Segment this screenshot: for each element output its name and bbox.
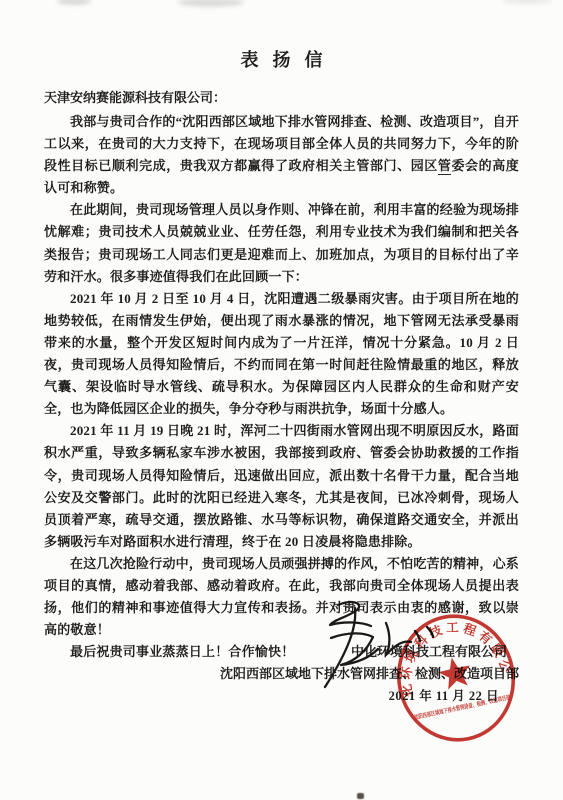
letter-page: 表扬信 天津安纳赛能源科技有限公司： 我部与贵司合作的“沈阳西部区域地下排水管网… [0,0,563,800]
underlined-char: 管 [438,158,452,175]
paragraph-4: 2021 年 11 月 19 日晚 21 时，浑河二十四街雨水管网出现不明原因反… [44,420,519,553]
recipient-line: 天津安纳赛能源科技有限公司： [44,87,519,106]
paragraph-2: 在此期间，贵司现场管理人员以身作则、冲锋在前，利用丰富的经验为现场排忧解难；贵司… [44,199,519,287]
seal-arc-text: 中化环境科技工程有限公司 [392,611,514,702]
ink-speck [357,793,364,799]
page-title: 表扬信 [0,0,563,72]
paragraph-1: 我部与贵司合作的“沈阳西部区域地下排水管网排查、检测、改造项目”，自开工以来，在… [44,111,519,199]
paragraph-3: 2021 年 10 月 2 日至 10 月 4 日，沈阳遭遇二级暴雨灾害。由于项… [44,288,519,421]
seal-banner-text: 沈阳西部区域地下排水管网排查、检测、改造项目部 [413,693,511,721]
company-seal: 中化环境科技工程有限公司 沈阳西部区域地下排水管网排查、检测、改造项目部 [392,611,520,745]
seal-star-icon [436,654,474,691]
svg-text:中化环境科技工程有限公司: 中化环境科技工程有限公司 [392,611,514,702]
